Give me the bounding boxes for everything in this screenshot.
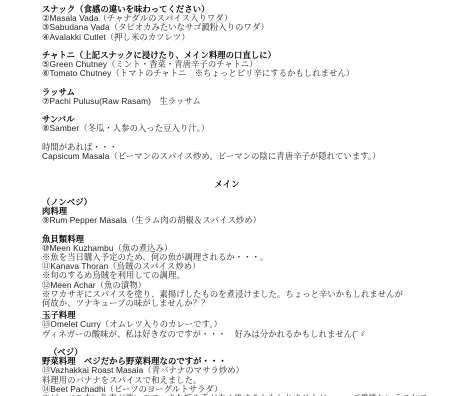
section-heading-nonveg: （ノンベジ）: [42, 198, 444, 207]
menu-line: ⑥Tomato Chutney（トマトのチャトニ ※ちょっとピリ辛にするかもしれ…: [42, 69, 444, 78]
section-heading-main: メイン: [26, 180, 428, 189]
menu-line: Capsicum Masala（ピーマンのスパイス炒め。ピーマンの陰に青唐辛子が…: [42, 152, 444, 161]
menu-line: ⑦Pachi Pulusu(Raw Rasam) 生ラッサム: [42, 97, 444, 106]
menu-line: 何故か、ツナキューブの味がしませんか？？: [42, 299, 444, 308]
menu-line: ④Avalakki Cutlet（押し米のカツレツ）: [42, 33, 444, 42]
menu-line: ⑧Samber（冬瓜・人参の入った豆入り汁。）: [42, 124, 444, 133]
menu-document: スナック（食感の違いを味わってください）②Masala Vada（チャナダルのス…: [0, 0, 452, 396]
menu-line: ヴィネガーの酸味が、私は好きなのですが・・・ 好みは分かれるかもしれません(¨ゞ: [42, 330, 444, 339]
menu-line: ⑨Rum Pepper Masala（生ラム肉の胡椒＆スパイス炒め）: [42, 216, 444, 225]
